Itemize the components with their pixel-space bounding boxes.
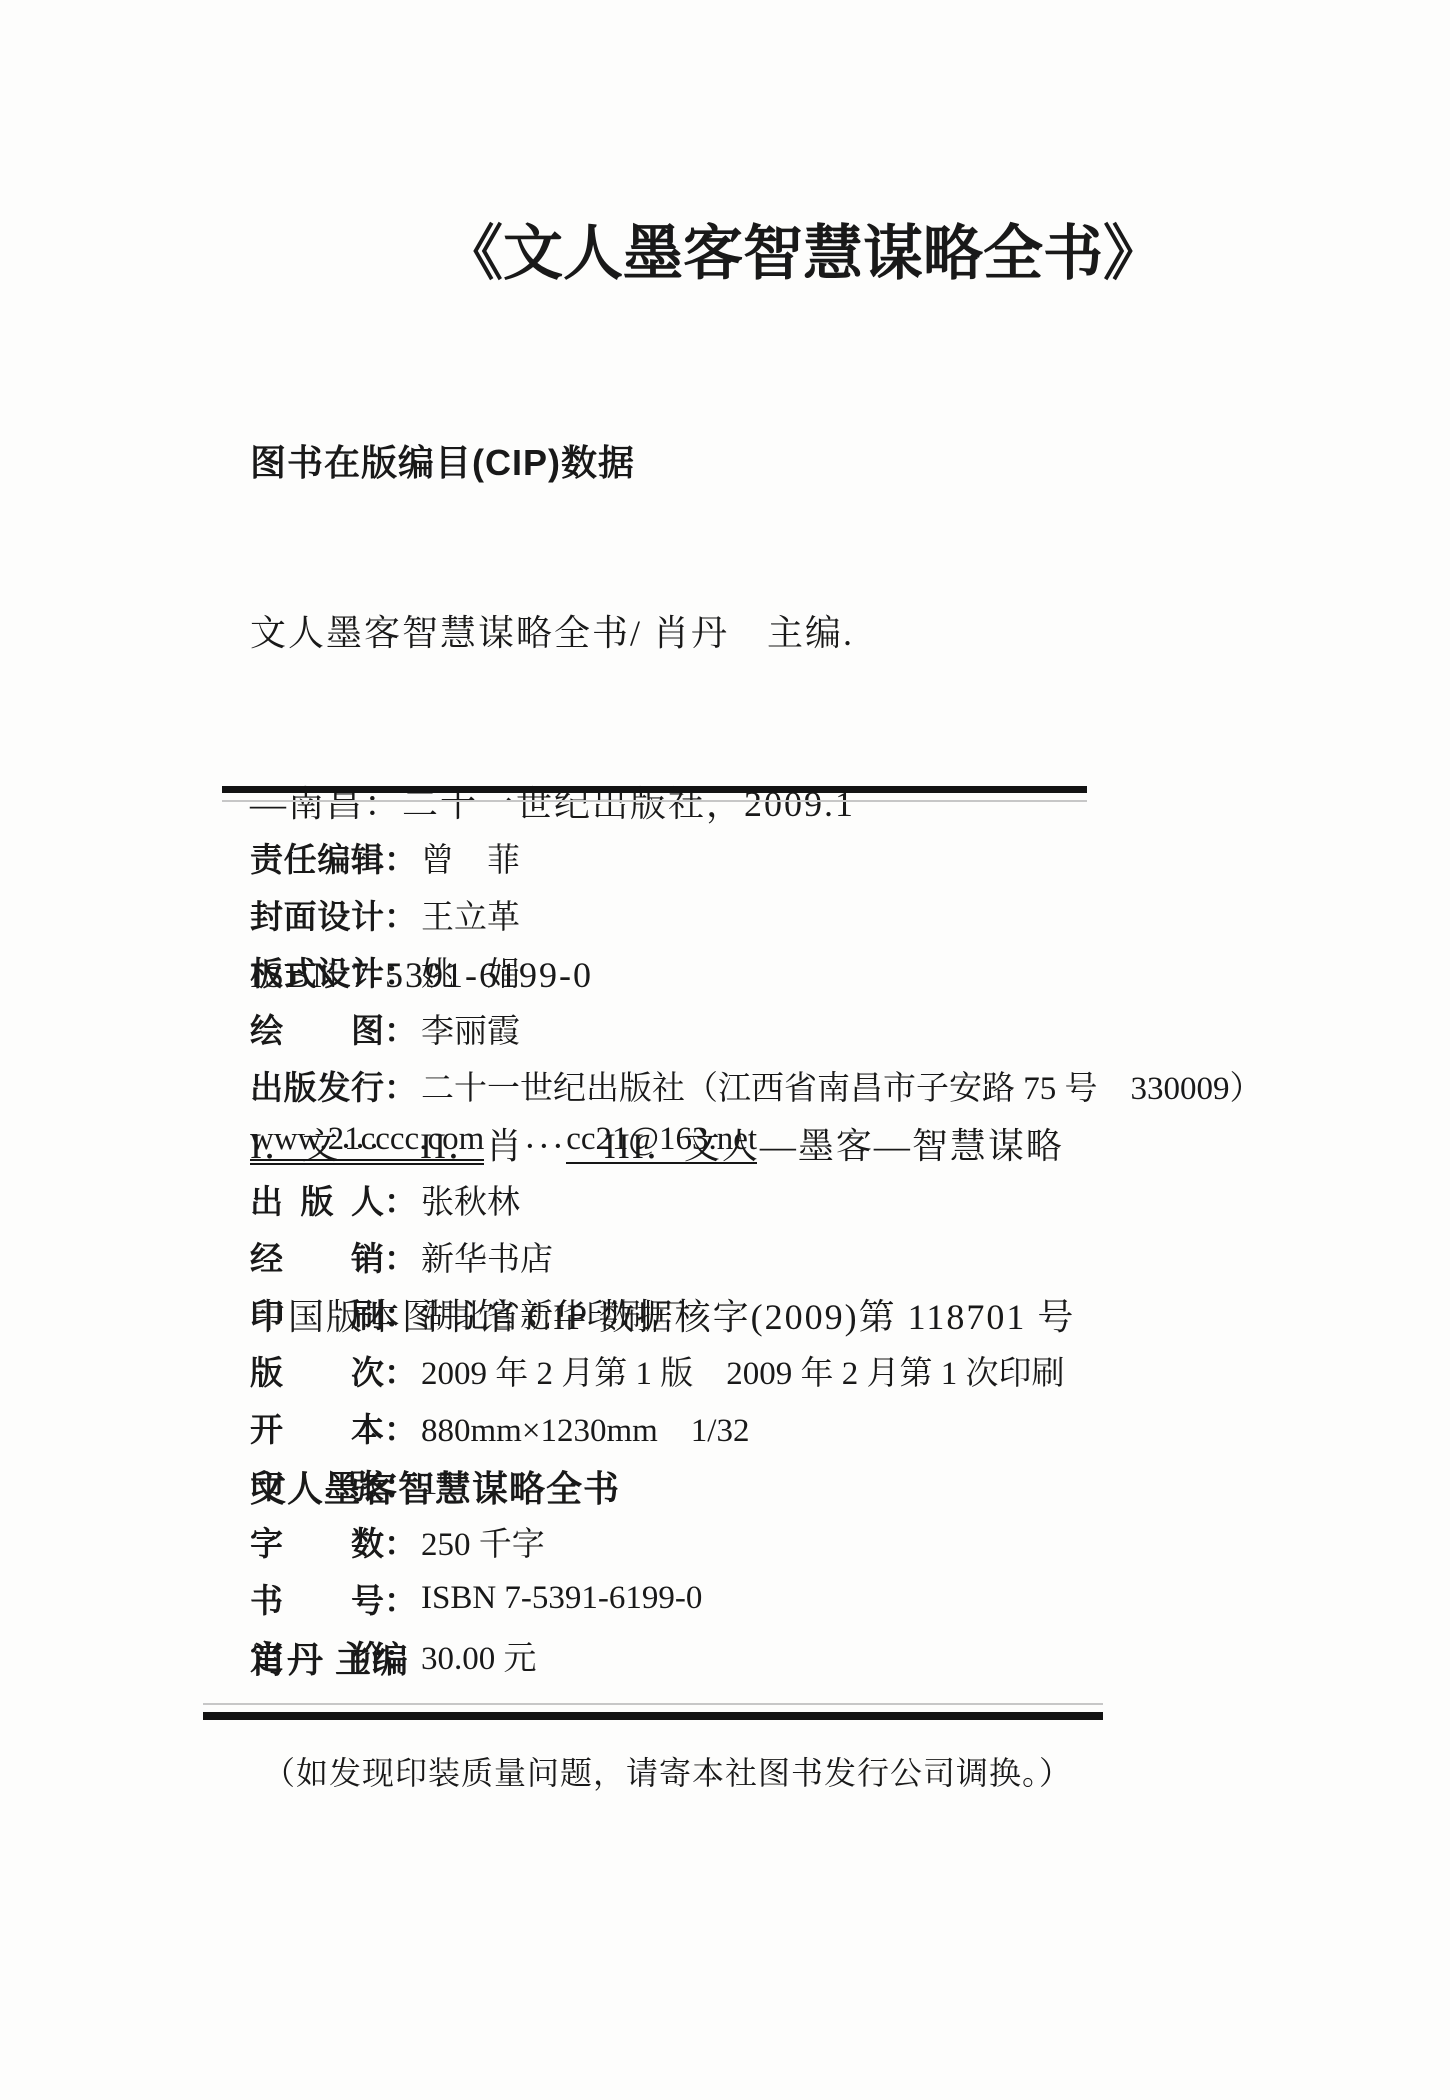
- credit-row-printer: 印刷： 湖北省新华印刷厂: [250, 1285, 1263, 1342]
- credit-label: 板式设计：: [250, 948, 417, 995]
- label-colon: ：: [384, 1639, 417, 1676]
- label-colon: ：: [384, 1582, 417, 1619]
- credit-label: 封面设计：: [250, 891, 417, 938]
- credit-label: 绘图：: [250, 1005, 417, 1052]
- credit-label: 书号：: [250, 1575, 417, 1622]
- label-colon: ：: [384, 1183, 417, 1220]
- credit-value: 姚 娟: [421, 948, 520, 995]
- credit-row-cover-design: 封面设计： 王立革: [250, 886, 1263, 943]
- divider-bottom: [203, 1712, 1103, 1720]
- website-link: www.21cccc.com: [250, 1121, 484, 1165]
- links-row: www.21cccc.com cc21@163.net: [250, 1114, 1263, 1171]
- credit-row-publisher-person: 出版人： 张秋林: [250, 1171, 1263, 1228]
- credit-row-illustration: 绘图： 李丽霞: [250, 1000, 1263, 1057]
- credit-label: 出版人：: [250, 1176, 417, 1223]
- credit-label: 印张：: [250, 1461, 417, 1508]
- credit-row-publisher: 出版发行： 二十一世纪出版社（江西省南昌市子安路 75 号 330009）: [250, 1057, 1263, 1114]
- credit-value: 15: [421, 1466, 454, 1503]
- label-colon: ：: [384, 898, 417, 935]
- credit-row-editor: 责任编辑： 曾 菲: [250, 829, 1263, 886]
- credit-value: 250 千字: [421, 1518, 545, 1565]
- credit-row-word-count: 字数： 250 千字: [250, 1513, 1263, 1570]
- label-colon: ：: [384, 1411, 417, 1448]
- credit-value: 王立革: [421, 891, 520, 938]
- quality-note: （如发现印装质量问题，请寄本社图书发行公司调换。）: [263, 1748, 1072, 1794]
- credit-label: 开本：: [250, 1404, 417, 1451]
- credit-label: 责任编辑：: [250, 834, 417, 881]
- credit-label: 经销：: [250, 1233, 417, 1280]
- email-link: cc21@163.net: [566, 1121, 757, 1164]
- colophon-page: 《文人墨客智慧谋略全书》 图书在版编目(CIP)数据 文人墨客智慧谋略全书/ 肖…: [0, 0, 1450, 2100]
- credit-value: 张秋林: [421, 1176, 520, 1223]
- divider-top: [222, 786, 1087, 793]
- credit-value: 880mm×1230mm 1/32: [421, 1404, 749, 1451]
- credit-label: 字数：: [250, 1518, 417, 1565]
- credit-value: 湖北省新华印刷厂: [421, 1290, 685, 1337]
- credit-value: 曾 菲: [421, 834, 520, 881]
- divider-bottom-shadow: [203, 1703, 1103, 1705]
- credit-value: ISBN 7-5391-6199-0: [421, 1580, 702, 1617]
- label-colon: ：: [384, 955, 417, 992]
- label-colon: ：: [384, 841, 417, 878]
- credit-value: 新华书店: [421, 1233, 553, 1280]
- credit-row-sheets: 印张： 15: [250, 1456, 1263, 1513]
- cip-line-title-statement: 文人墨客智慧谋略全书/ 肖丹 主编.: [250, 605, 1075, 662]
- credit-label: 版次：: [250, 1347, 417, 1394]
- credit-row-distributor: 经销： 新华书店: [250, 1228, 1263, 1285]
- credit-value: 2009 年 2 月第 1 版 2009 年 2 月第 1 次印刷: [421, 1347, 1065, 1394]
- credit-value: 30.00 元: [421, 1632, 537, 1679]
- label-colon: ：: [384, 1297, 417, 1334]
- page-title: 《文人墨客智慧谋略全书》: [443, 212, 1163, 296]
- credit-label: 印刷：: [250, 1290, 417, 1337]
- label-colon: ：: [384, 1354, 417, 1391]
- label-colon: ：: [384, 1525, 417, 1562]
- credit-value: 李丽霞: [421, 1005, 520, 1052]
- credit-label: 定价：: [250, 1632, 417, 1679]
- cip-heading: 图书在版编目(CIP)数据: [250, 434, 1075, 491]
- credit-row-price: 定价： 30.00 元: [250, 1627, 1263, 1684]
- credits-section: 责任编辑： 曾 菲 封面设计： 王立革 板式设计： 姚 娟 绘图： 李丽霞 出版…: [250, 829, 1263, 1684]
- label-colon: ：: [384, 1069, 417, 1106]
- cip-line-imprint: —南昌：二十一世纪出版社，2009.1: [250, 776, 1075, 833]
- credit-row-book-number: 书号： ISBN 7-5391-6199-0: [250, 1570, 1263, 1627]
- label-colon: ：: [384, 1012, 417, 1049]
- divider-top-shadow: [222, 800, 1087, 802]
- label-colon: ：: [384, 1240, 417, 1277]
- credit-row-edition: 版次： 2009 年 2 月第 1 版 2009 年 2 月第 1 次印刷: [250, 1342, 1263, 1399]
- credit-row-format: 开本： 880mm×1230mm 1/32: [250, 1399, 1263, 1456]
- credit-value: 二十一世纪出版社（江西省南昌市子安路 75 号 330009）: [421, 1062, 1263, 1109]
- label-colon: ：: [384, 1468, 417, 1505]
- credit-row-layout-design: 板式设计： 姚 娟: [250, 943, 1263, 1000]
- credit-label: 出版发行：: [250, 1062, 417, 1109]
